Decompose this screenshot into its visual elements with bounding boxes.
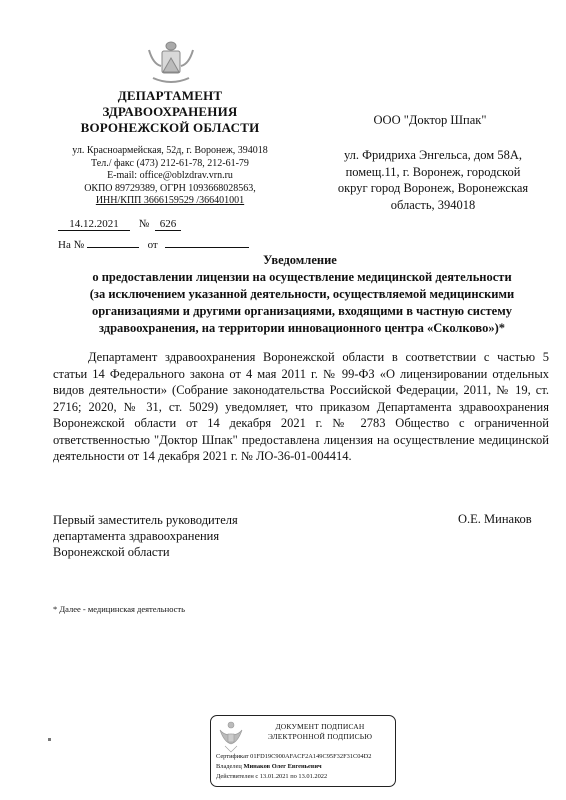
sender-contact-info: ул. Красноармейская, 52д, г. Воронеж, 39… <box>40 145 300 208</box>
ref-label: На № <box>58 239 84 251</box>
notice-title: Уведомление <box>40 252 560 269</box>
recipient-name: ООО "Доктор Шпак" <box>330 113 530 128</box>
recipient-address-line: помещ.11, г. Воронеж, городской <box>300 164 566 181</box>
owner-label: Владелец <box>216 763 242 770</box>
from-label: от <box>148 239 158 251</box>
reference-line: На № от <box>58 237 249 251</box>
sender-email: E-mail: office@oblzdrav.vrn.ru <box>40 170 300 183</box>
dept-title-line: ЗДРАВООХРАНЕНИЯ <box>40 104 300 120</box>
notice-subtitle-line: здравоохранения, на территории инновацио… <box>52 320 552 337</box>
ref-date-blank <box>165 237 249 248</box>
sender-inn-kpp: ИНН/КПП 3666159529 /366401001 <box>40 195 300 208</box>
footnote: * Далее - медицинская деятельность <box>53 604 185 614</box>
sender-codes: ОКПО 89729389, ОГРН 1093668028563, <box>40 183 300 196</box>
notice-subtitle-line: организациями и другими организациями, в… <box>52 303 552 320</box>
sender-address: ул. Красноармейская, 52д, г. Воронеж, 39… <box>40 145 300 158</box>
recipient-address-line: область, 394018 <box>300 197 566 214</box>
registration-number: 626 <box>155 218 181 231</box>
electronic-signature-stamp: ДОКУМЕНТ ПОДПИСАН ЭЛЕКТРОННОЙ ПОДПИСЬЮ С… <box>210 715 396 787</box>
scan-mark <box>48 738 51 741</box>
sender-phone: Тел./ факс (473) 212-61-78, 212-61-79 <box>40 158 300 171</box>
notice-body: Департамент здравоохранения Воронежской … <box>53 349 549 465</box>
stamp-validity: Действителен с 13.01.2021 по 13.01.2022 <box>216 772 371 782</box>
stamp-title-line: ДОКУМЕНТ ПОДПИСАН <box>249 722 391 732</box>
stamp-certificate: Сертификат 01FD19C900AFACF2A149C95F32F31… <box>216 752 371 762</box>
eagle-emblem-icon <box>217 720 245 754</box>
dept-title-line: ВОРОНЕЖСКОЙ ОБЛАСТИ <box>40 120 300 136</box>
notice-subtitle-line: (за исключением указанной деятельности, … <box>52 286 552 303</box>
certificate-value: 01FD19C900AFACF2A149C95F32F31C04D2 <box>250 753 371 760</box>
stamp-details: Сертификат 01FD19C900AFACF2A149C95F32F31… <box>216 752 371 782</box>
stamp-title-line: ЭЛЕКТРОННОЙ ПОДПИСЬЮ <box>249 732 391 742</box>
coat-of-arms-icon <box>145 38 197 88</box>
registration-date: 14.12.2021 <box>58 218 130 231</box>
signer-role-line: Первый заместитель руководителя <box>53 512 313 528</box>
stamp-owner: Владелец Минаков Олег Евгеньевич <box>216 762 371 772</box>
number-label: № <box>139 218 150 230</box>
signer-name: О.Е. Минаков <box>458 512 532 527</box>
registration-line: 14.12.2021 № 626 <box>58 218 181 231</box>
recipient-address-line: ул. Фридриха Энгельса, дом 58А, <box>300 147 566 164</box>
certificate-label: Сертификат <box>216 753 249 760</box>
signer-role-line: Воронежской области <box>53 544 313 560</box>
dept-title-line: ДЕПАРТАМЕНТ <box>40 88 300 104</box>
signer-role-line: департамента здравоохранения <box>53 528 313 544</box>
owner-value: Минаков Олег Евгеньевич <box>243 763 321 770</box>
notice-subtitle: о предоставлении лицензии на осуществлен… <box>52 269 552 337</box>
recipient-address-line: округ город Воронеж, Воронежская <box>300 180 566 197</box>
signer-role: Первый заместитель руководителя департам… <box>53 512 313 560</box>
ref-number-blank <box>87 237 139 248</box>
sender-department-title: ДЕПАРТАМЕНТ ЗДРАВООХРАНЕНИЯ ВОРОНЕЖСКОЙ … <box>40 88 300 136</box>
notice-subtitle-line: о предоставлении лицензии на осуществлен… <box>52 269 552 286</box>
stamp-title: ДОКУМЕНТ ПОДПИСАН ЭЛЕКТРОННОЙ ПОДПИСЬЮ <box>249 722 391 741</box>
recipient-address: ул. Фридриха Энгельса, дом 58А, помещ.11… <box>300 147 566 213</box>
